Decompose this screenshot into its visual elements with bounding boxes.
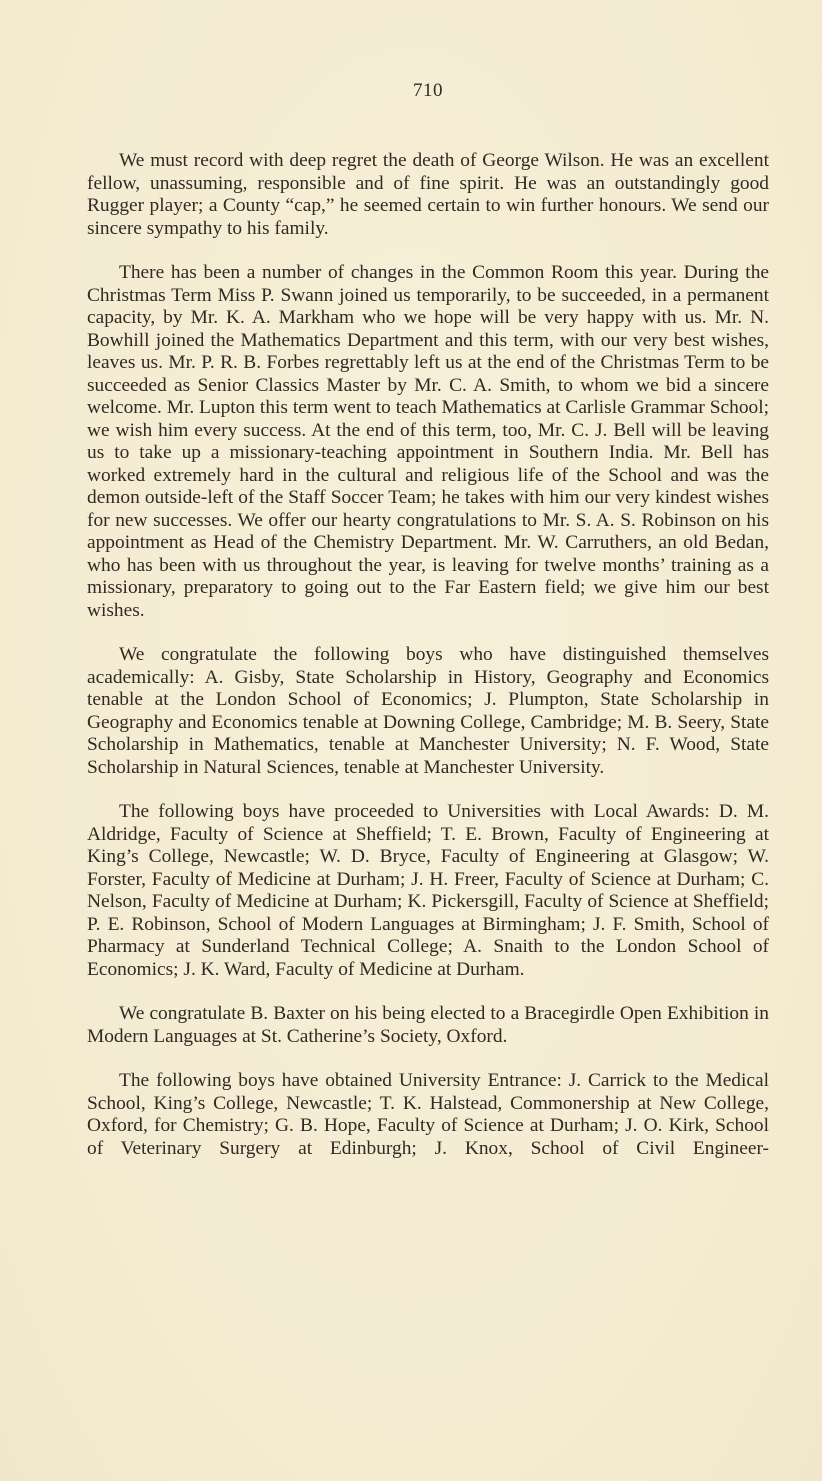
paragraph-state-scholarships: We congratulate the following boys who h…	[87, 644, 769, 779]
body-text: We must record with deep regret the deat…	[87, 150, 769, 1182]
page-number: 710	[87, 80, 769, 102]
paragraph-local-awards: The following boys have proceeded to Uni…	[87, 801, 769, 981]
paragraph-baxter-exhibition: We congratulate B. Baxter on his being e…	[87, 1003, 769, 1048]
paragraph-common-room-changes: There has been a number of changes in th…	[87, 262, 769, 622]
paragraph-university-entrance: The following boys have obtained Univers…	[87, 1070, 769, 1160]
paragraph-george-wilson-obituary: We must record with deep regret the deat…	[87, 150, 769, 240]
